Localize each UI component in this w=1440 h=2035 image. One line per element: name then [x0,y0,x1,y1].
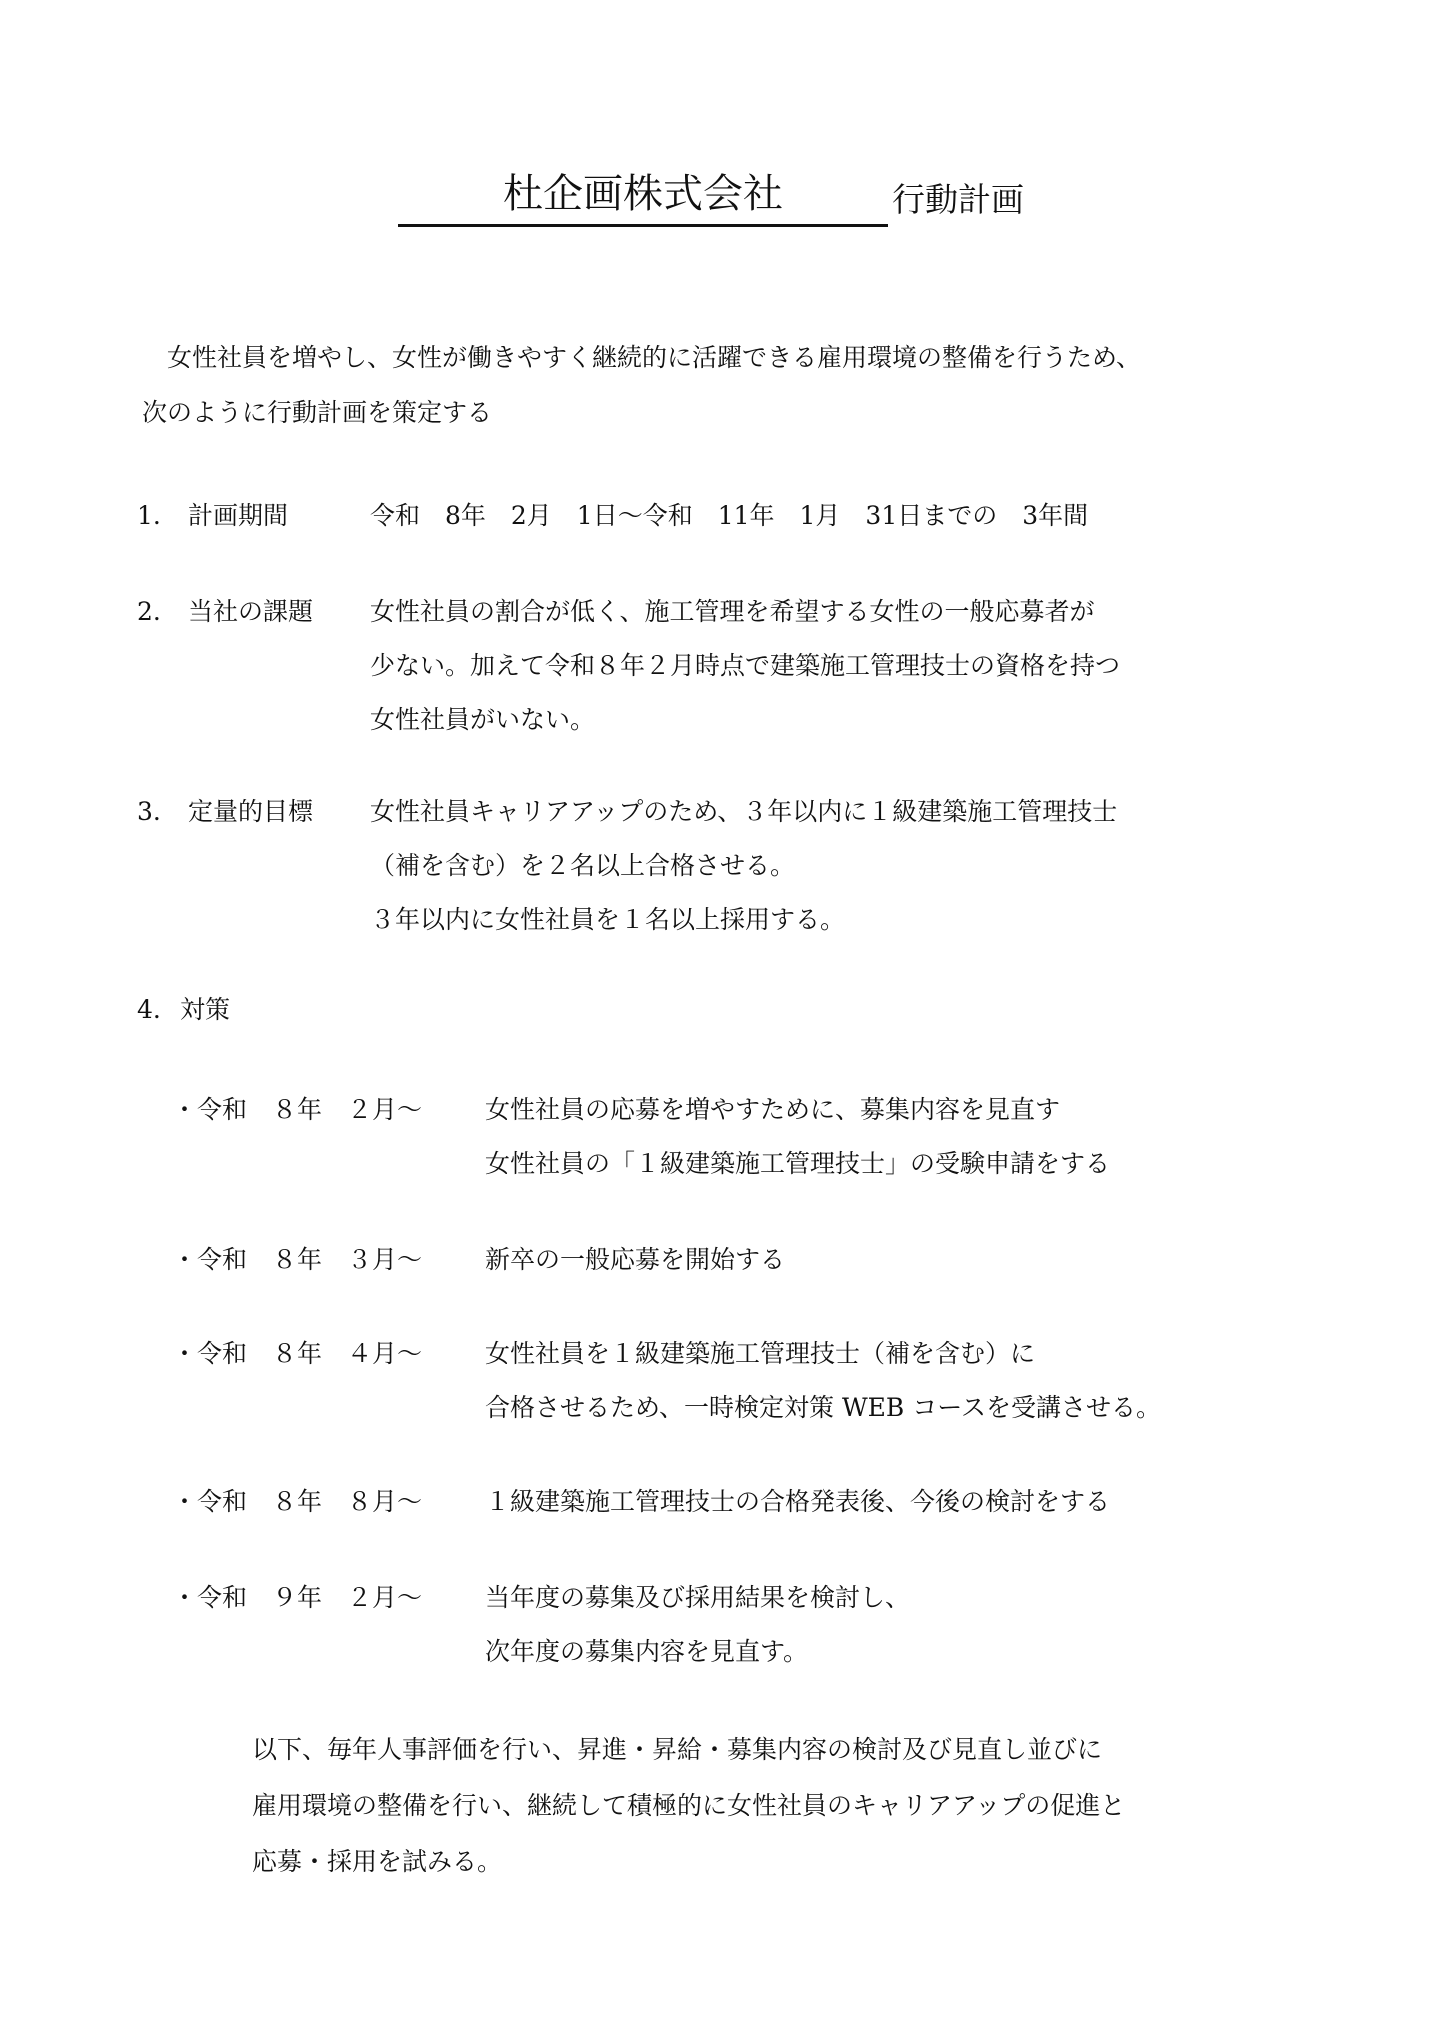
section-4-number: 4. [137,990,161,1030]
measure-4-date: ・令和 ８年 ８月～ [172,1482,422,1522]
closing-line-1: 以下、毎年人事評価を行い、昇進・昇給・募集内容の検討及び見直し並びに [252,1730,1102,1770]
section-2-line-1: 女性社員の割合が低く、施工管理を希望する女性の一般応募者が [370,592,1095,632]
measure-2-date: ・令和 ８年 ３月～ [172,1240,422,1280]
section-4-label: 対策 [180,990,230,1030]
measure-5-date: ・令和 ９年 ２月～ [172,1578,422,1618]
section-2-number: 2. [137,592,161,632]
section-2-line-2: 少ない。加えて令和８年２月時点で建築施工管理技士の資格を持つ [370,646,1120,686]
section-2-line-3: 女性社員がいない。 [370,700,595,740]
measure-5-line-2: 次年度の募集内容を見直す。 [485,1632,808,1672]
section-3-line-2: （補を含む）を２名以上合格させる。 [370,846,795,886]
measure-3-date: ・令和 ８年 ４月～ [172,1334,422,1374]
measure-1-line-2: 女性社員の「１級建築施工管理技士」の受験申請をする [485,1144,1110,1184]
measure-3-line-2: 合格させるため、一時検定対策 WEB コースを受講させる。 [485,1388,1161,1428]
section-1-number: 1. [137,496,161,536]
section-2-label: 当社の課題 [188,592,313,632]
title-company-name: 杜企画株式会社 [398,164,888,227]
section-1-line-1: 令和 8年 2月 1日～令和 11年 1月 31日までの 3年間 [370,496,1088,536]
intro-line-1: 女性社員を増やし、女性が働きやすく継続的に活躍できる雇用環境の整備を行うため、 [167,338,1141,378]
title-suffix: 行動計画 [892,175,1024,225]
measure-1-line-1: 女性社員の応募を増やすために、募集内容を見直す [485,1090,1060,1130]
measure-2-line-1: 新卒の一般応募を開始する [485,1240,785,1280]
document-page: 杜企画株式会社 行動計画 女性社員を増やし、女性が働きやすく継続的に活躍できる雇… [0,0,1440,2035]
closing-line-2: 雇用環境の整備を行い、継続して積極的に女性社員のキャリアアップの促進と [252,1786,1125,1826]
section-1-label: 計画期間 [188,496,288,536]
section-3-label: 定量的目標 [188,792,313,832]
section-3-line-1: 女性社員キャリアアップのため、３年以内に１級建築施工管理技士 [370,792,1117,832]
section-3-number: 3. [137,792,161,832]
measure-1-date: ・令和 ８年 ２月～ [172,1090,422,1130]
closing-line-3: 応募・採用を試みる。 [252,1842,502,1882]
measure-3-line-1: 女性社員を１級建築施工管理技士（補を含む）に [485,1334,1035,1374]
measure-4-line-1: １級建築施工管理技士の合格発表後、今後の検討をする [485,1482,1110,1522]
section-3-line-3: ３年以内に女性社員を１名以上採用する。 [370,900,845,940]
intro-line-2: 次のように行動計画を策定する [142,393,492,433]
measure-5-line-1: 当年度の募集及び採用結果を検討し、 [485,1578,910,1618]
